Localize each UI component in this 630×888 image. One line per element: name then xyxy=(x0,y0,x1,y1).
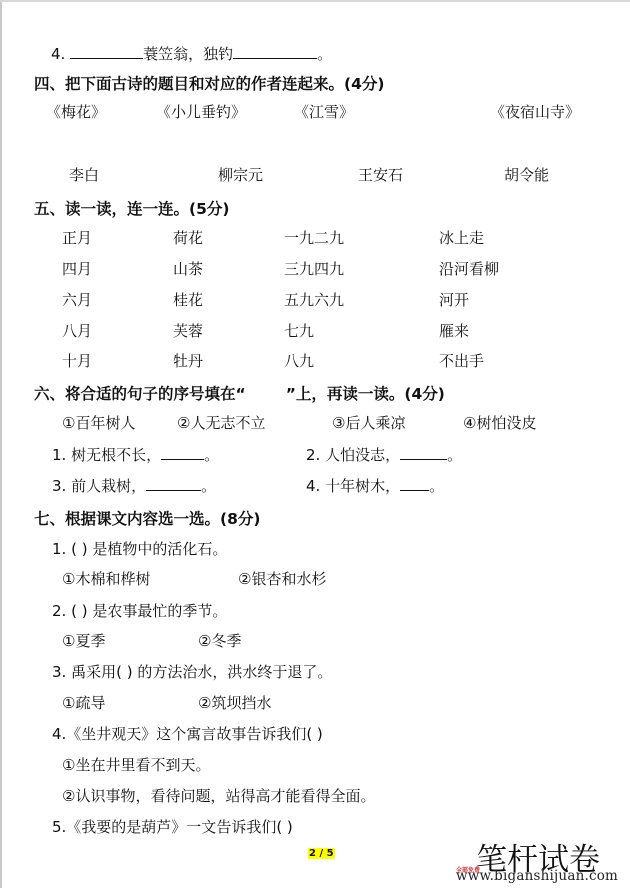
match-cell: 沿河看柳 xyxy=(439,258,499,279)
item-end: 。 xyxy=(201,477,216,495)
option: ①坐在井里看不到天。 xyxy=(62,754,210,775)
match-cell: 七九 xyxy=(284,320,314,341)
match-cell: 八月 xyxy=(62,320,92,341)
option: ②人无志不立 xyxy=(177,412,265,433)
option: ②筑坝挡水 xyxy=(198,692,271,713)
poem-title: 《小儿垂钓》 xyxy=(156,101,246,122)
author-name: 胡令能 xyxy=(504,164,549,185)
question: 1. ( ) 是植物中的活化石。 xyxy=(52,538,227,559)
match-cell: 牡丹 xyxy=(173,350,203,371)
question: 4.《坐井观天》这个寓言故事告诉我们( ) xyxy=(52,723,323,744)
item-end: 。 xyxy=(447,446,462,464)
option: ①木棉和桦树 xyxy=(62,568,150,589)
option: ④树怕没皮 xyxy=(463,412,536,433)
poem-title: 《夜宿山寺》 xyxy=(490,101,580,122)
fill-item: 3. 前人栽树，。 xyxy=(52,475,216,496)
match-cell: 芙蓉 xyxy=(173,320,203,341)
section-4-title: 四、把下面古诗的题目和对应的作者连起来。(4分) xyxy=(34,72,384,94)
fill-item: 4. 十年树木，。 xyxy=(306,475,444,496)
item-end: 。 xyxy=(429,477,444,495)
match-cell: 冰上走 xyxy=(439,227,484,248)
page-number: 2 / 5 xyxy=(308,848,335,859)
answer-blank[interactable] xyxy=(70,44,143,59)
author-name: 王安石 xyxy=(358,164,403,185)
item-text: 2. 人怕没志， xyxy=(306,446,400,464)
match-cell: 雁来 xyxy=(439,320,469,341)
match-cell: 一九二九 xyxy=(284,227,344,248)
section-6-title: 六、将合适的句子的序号填在“”上，再读一读。(4分) xyxy=(34,382,445,404)
match-cell: 三九四九 xyxy=(284,258,344,279)
match-cell: 正月 xyxy=(62,227,92,248)
option: ③后人乘凉 xyxy=(332,412,405,433)
match-cell: 不出手 xyxy=(439,350,484,371)
answer-blank[interactable] xyxy=(161,445,204,460)
match-cell: 河开 xyxy=(439,289,469,310)
answer-blank[interactable] xyxy=(400,445,447,460)
item-end: 。 xyxy=(317,45,332,63)
fill-item: 1. 树无根不长，。 xyxy=(52,444,219,465)
option: ②银杏和水杉 xyxy=(238,568,326,589)
question: 2. ( ) 是农事最忙的季节。 xyxy=(52,600,227,621)
answer-blank[interactable] xyxy=(400,476,429,491)
option: ②认识事物，看待问题，站得高才能看得全面。 xyxy=(62,785,375,806)
author-name: 李白 xyxy=(69,164,99,185)
item-text: 3. 前人栽树， xyxy=(52,477,146,495)
page-left-edge xyxy=(0,0,2,888)
poem-title: 《江雪》 xyxy=(294,101,354,122)
answer-blank[interactable] xyxy=(233,44,317,59)
match-cell: 山茶 xyxy=(173,258,203,279)
answer-blank[interactable] xyxy=(146,476,201,491)
item-text: 1. 树无根不长， xyxy=(52,446,161,464)
title-part: 六、将合适的句子的序号填在“ xyxy=(34,385,246,403)
author-name: 柳宗元 xyxy=(218,164,263,185)
option: ①疏导 xyxy=(62,692,105,713)
item-number: 4. xyxy=(51,45,65,63)
item-text: 蓑笠翁，独钓 xyxy=(143,45,233,63)
section-5-title: 五、读一读，连一连。(5分) xyxy=(34,197,229,219)
option: ①夏季 xyxy=(62,630,105,651)
page-top-edge xyxy=(0,0,630,2)
poem-fill-item-4: 4. 蓑笠翁，独钓。 xyxy=(51,43,332,64)
option: ①百年树人 xyxy=(62,412,135,433)
item-end: 。 xyxy=(204,446,219,464)
logo-url: www.biganshijuan.com xyxy=(456,868,618,884)
poem-title: 《梅花》 xyxy=(46,101,106,122)
match-cell: 四月 xyxy=(62,258,92,279)
section-7-title: 七、根据课文内容选一选。(8分) xyxy=(34,507,260,529)
match-cell: 五九六九 xyxy=(284,289,344,310)
match-cell: 六月 xyxy=(62,289,92,310)
question: 5.《我要的是葫芦》一文告诉我们( ) xyxy=(52,816,293,837)
fill-item: 2. 人怕没志，。 xyxy=(306,444,462,465)
match-cell: 荷花 xyxy=(173,227,203,248)
match-cell: 八九 xyxy=(284,350,314,371)
question: 3. 禹采用( ) 的方法治水，洪水终于退了。 xyxy=(52,661,332,682)
item-text: 4. 十年树木， xyxy=(306,477,400,495)
title-part: ”上，再读一读。(4分) xyxy=(286,385,445,403)
match-cell: 桂花 xyxy=(173,289,203,310)
match-cell: 十月 xyxy=(62,350,92,371)
option: ②冬季 xyxy=(198,630,241,651)
